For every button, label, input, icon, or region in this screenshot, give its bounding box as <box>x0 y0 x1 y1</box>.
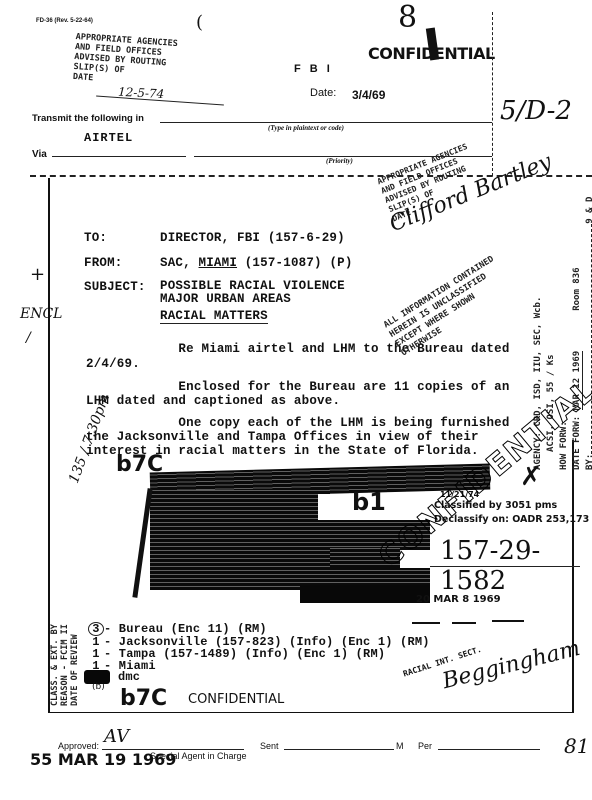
handwritten-encl: ENCL <box>20 306 62 322</box>
handwritten-mark-top: 8 <box>398 0 417 35</box>
paragraph-1: Re Miami airtel and LHM to the Bureau da… <box>86 342 510 372</box>
stamp-line: REASON - FCIM II <box>60 624 70 706</box>
dept: 9 & D <box>585 197 592 224</box>
routing-date: DATE FORW: MAR 12 1969Room 836 <box>571 197 584 470</box>
exemption-b1: b1 <box>352 488 386 516</box>
stamp-line: DATE OF REVIEW <box>70 624 80 706</box>
exemption-b7c-upper: b7C <box>116 452 163 477</box>
paragraph-line: LHM dated and captioned as above. <box>86 394 510 408</box>
approver-title: Special Agent in Charge <box>150 751 247 761</box>
by-label: BY: <box>585 454 592 470</box>
exemption-b7c-lower: b7C <box>120 686 167 711</box>
to-value: DIRECTOR, FBI (157-6-29) <box>160 231 345 245</box>
paragraph-line: One copy each of the LHM is being furnis… <box>86 416 510 430</box>
per-label: Per <box>418 741 432 751</box>
transmit-line <box>160 122 492 123</box>
redaction-b-marker: (b) <box>92 682 105 692</box>
circled-count: 3 <box>88 622 104 636</box>
handwritten-file-mark: 5/D-2 <box>500 96 572 126</box>
dash-mark <box>492 620 524 622</box>
sent-label: Sent <box>260 741 279 751</box>
handwritten-page-mark: 81 <box>564 734 589 758</box>
agency-name: F B I <box>294 63 333 75</box>
plaintext-note: (Type in plaintext or code) <box>268 124 344 132</box>
date-label: Date: <box>310 87 336 99</box>
distribution-list: 3- Bureau (Enc 11) (RM) 1- Jacksonville … <box>88 622 430 672</box>
redaction-block <box>300 585 430 603</box>
from-office: MIAMI <box>199 256 238 270</box>
class-ext-stamp: CLASS. & EXT. BY REASON - FCIM II DATE O… <box>50 624 80 706</box>
handwritten-plus: + <box>30 264 45 285</box>
via-label: Via <box>32 149 47 160</box>
subject-line: RACIAL MATTERS <box>160 310 268 324</box>
typist-initials: dmc <box>118 670 140 684</box>
handwritten-signature: Beggingham <box>440 636 583 694</box>
subject-line: MAJOR URBAN AREAS <box>160 293 345 306</box>
from-suffix: (157-1087) (P) <box>237 256 353 270</box>
stamp-line: CLASS. & EXT. BY <box>50 624 60 706</box>
received-stamp: 20 MAR 8 1969 <box>416 594 501 605</box>
distribution-text: - Bureau (Enc 11) (RM) <box>104 622 267 636</box>
approval-initials: AV <box>104 726 129 747</box>
lower-confidential-stamp: CONFIDENTIAL <box>188 692 284 707</box>
paren-mark: ( <box>196 12 203 33</box>
from-prefix: SAC, <box>160 256 199 270</box>
from-label: FROM: <box>84 256 123 270</box>
paragraph-2: Enclosed for the Bureau are 11 copies of… <box>86 380 510 408</box>
date-value: 3/4/69 <box>352 88 385 102</box>
x-mark: ✗ <box>520 462 542 492</box>
dash-mark <box>452 622 476 624</box>
priority-note: (Priority) <box>326 157 353 165</box>
via-line-1 <box>52 156 186 157</box>
agencies-advised-stamp: APPROPRIATE AGENCIES AND FIELD OFFICES A… <box>73 32 179 89</box>
paragraph-line: 2/4/69. <box>86 357 510 372</box>
paragraph-line: Re Miami airtel and LHM to the Bureau da… <box>86 342 510 357</box>
paragraph-line: Enclosed for the Bureau are 11 copies of… <box>86 380 510 394</box>
file-number-underline <box>430 566 580 567</box>
room-number: Room 836 <box>572 267 582 350</box>
subject-label: SUBJECT: <box>84 280 146 294</box>
m-label: M <box>396 741 404 751</box>
to-label: TO: <box>84 231 107 245</box>
sent-line <box>284 749 394 750</box>
handwritten-slash: / <box>26 330 31 346</box>
dashed-divider-vertical <box>492 12 493 176</box>
distribution-item: 3- Bureau (Enc 11) (RM) <box>88 622 430 636</box>
form-number: FD-36 (Rev. 5-22-64) <box>36 18 93 24</box>
subject-block: POSSIBLE RACIAL VIOLENCE MAJOR URBAN ARE… <box>160 280 345 324</box>
routing-by: BY:9 & D <box>584 197 592 470</box>
per-line <box>438 749 540 750</box>
paragraph-line: the Jacksonville and Tampa Offices in vi… <box>86 430 510 444</box>
transmit-label: Transmit the following in <box>32 113 144 124</box>
transmit-method: AIRTEL <box>84 131 133 145</box>
from-value: SAC, MIAMI (157-1087) (P) <box>160 256 353 270</box>
frame-bottom <box>48 712 574 713</box>
